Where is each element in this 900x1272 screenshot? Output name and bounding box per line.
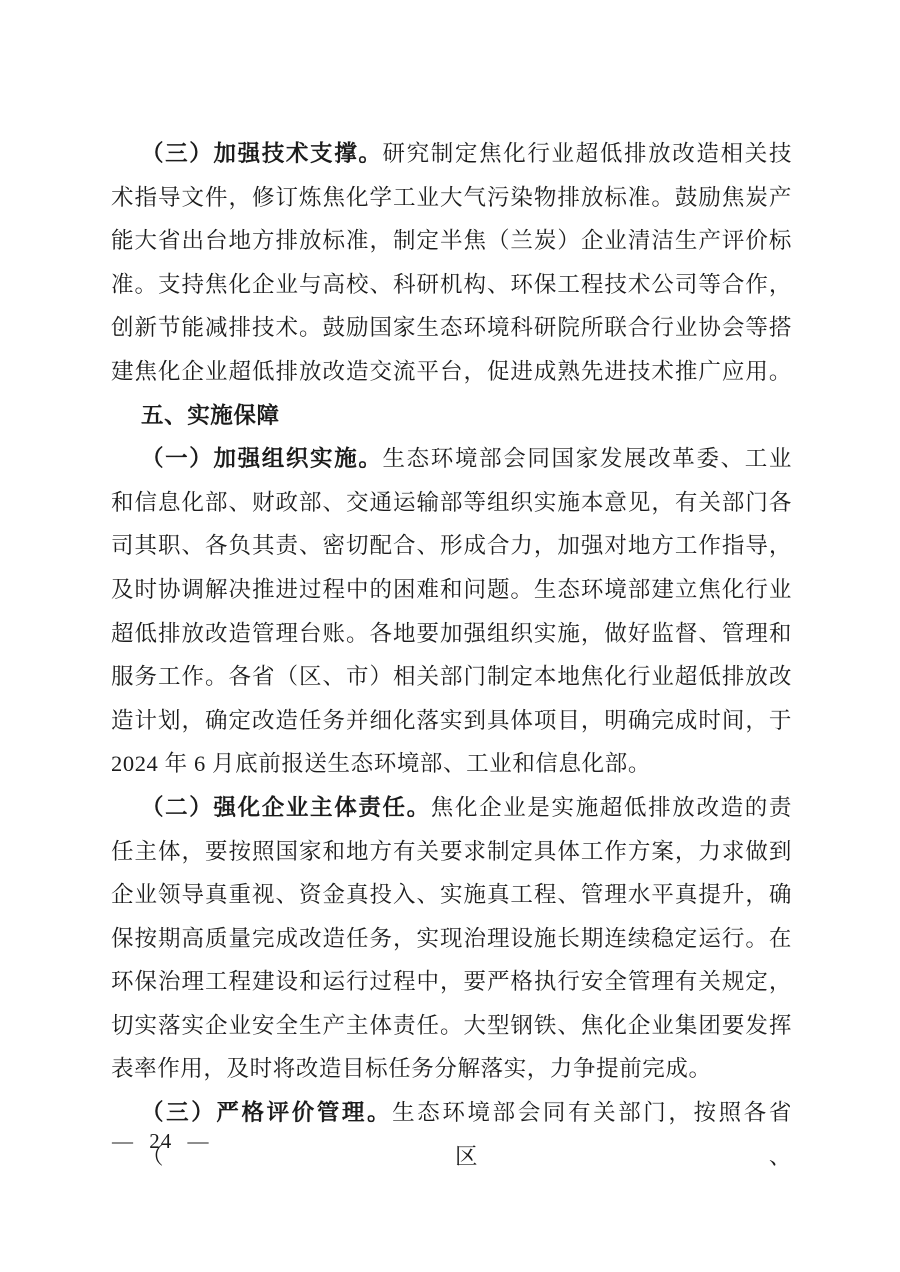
- document-line: 术指导文件，修订炼焦化学工业大气污染物排放标准。鼓励焦炭产: [111, 176, 792, 220]
- line-text: 术指导文件，修订炼焦化学工业大气污染物排放标准。鼓励焦炭产: [111, 185, 792, 210]
- document-line: （一）加强组织实施。生态环境部会同国家发展改革委、工业: [111, 437, 792, 481]
- document-line: 企业领导真重视、资金真投入、实施真工程、管理水平真提升，确: [111, 873, 792, 917]
- line-text: 超低排放改造管理台账。各地要加强组织实施，做好监督、管理和: [111, 621, 792, 646]
- document-line: 环保治理工程建设和运行过程中，要严格执行安全管理有关规定，: [111, 960, 792, 1004]
- line-text: 能大省出台地方排放标准，制定半焦（兰炭）企业清洁生产评价标: [111, 228, 792, 253]
- document-line: 准。支持焦化企业与高校、科研机构、环保工程技术公司等合作，: [111, 263, 792, 307]
- document-line: 表率作用，及时将改造目标任务分解落实，力争提前完成。: [111, 1047, 792, 1091]
- line-text: 研究制定焦化行业超低排放改造相关技: [383, 141, 793, 166]
- document-line: 切实落实企业安全生产主体责任。大型钢铁、焦化企业集团要发挥: [111, 1004, 792, 1048]
- line-text: 造计划，确定改造任务并细化落实到具体项目，明确完成时间，于: [111, 708, 792, 733]
- section-heading: 五、实施保障: [111, 394, 792, 438]
- line-text: 司其职、各负其责、密切配合、形成合力，加强对地方工作指导，: [111, 533, 792, 558]
- document-line: 保按期高质量完成改造任务，实现治理设施长期连续稳定运行。在: [111, 917, 792, 961]
- document-page: （三）加强技术支撑。研究制定焦化行业超低排放改造相关技术指导文件，修订炼焦化学工…: [0, 0, 900, 1272]
- page-number: — 24 —: [112, 1129, 210, 1153]
- line-text: 表率作用，及时将改造目标任务分解落实，力争提前完成。: [111, 1056, 712, 1081]
- emphasis-label: （一）加强组织实施。: [141, 446, 383, 471]
- document-body: （三）加强技术支撑。研究制定焦化行业超低排放改造相关技术指导文件，修订炼焦化学工…: [111, 132, 792, 1135]
- emphasis-label: （三）加强技术支撑。: [141, 141, 383, 166]
- document-line: 服务工作。各省（区、市）相关部门制定本地焦化行业超低排放改: [111, 655, 792, 699]
- document-line: 和信息化部、财政部、交通运输部等组织实施本意见，有关部门各: [111, 481, 792, 525]
- line-text: 和信息化部、财政部、交通运输部等组织实施本意见，有关部门各: [111, 490, 792, 515]
- line-text: 生态环境部会同国家发展改革委、工业: [383, 446, 793, 471]
- emphasis-label: （二）强化企业主体责任。: [141, 795, 431, 820]
- line-text: 保按期高质量完成改造任务，实现治理设施长期连续稳定运行。在: [111, 926, 792, 951]
- document-line: 超低排放改造管理台账。各地要加强组织实施，做好监督、管理和: [111, 612, 792, 656]
- line-text: 建焦化企业超低排放改造交流平台，促进成熟先进技术推广应用。: [111, 359, 792, 384]
- document-line: （三）加强技术支撑。研究制定焦化行业超低排放改造相关技: [111, 132, 792, 176]
- line-text: 服务工作。各省（区、市）相关部门制定本地焦化行业超低排放改: [111, 664, 792, 689]
- line-text: 环保治理工程建设和运行过程中，要严格执行安全管理有关规定，: [111, 969, 792, 994]
- line-text: 2024 年 6 月底前报送生态环境部、工业和信息化部。: [111, 751, 651, 776]
- document-line: 创新节能减排技术。鼓励国家生态环境科研院所联合行业协会等搭: [111, 306, 792, 350]
- line-text: 创新节能减排技术。鼓励国家生态环境科研院所联合行业协会等搭: [111, 315, 792, 340]
- document-line: 建焦化企业超低排放改造交流平台，促进成熟先进技术推广应用。: [111, 350, 792, 394]
- emphasis-label: 五、实施保障: [141, 403, 280, 428]
- document-line: 能大省出台地方排放标准，制定半焦（兰炭）企业清洁生产评价标: [111, 219, 792, 263]
- document-line: 任主体，要按照国家和地方有关要求制定具体工作方案，力求做到: [111, 830, 792, 874]
- line-text: 焦化企业是实施超低排放改造的责: [431, 795, 792, 820]
- document-line: （二）强化企业主体责任。焦化企业是实施超低排放改造的责: [111, 786, 792, 830]
- document-line: 2024 年 6 月底前报送生态环境部、工业和信息化部。: [111, 742, 792, 786]
- emphasis-label: （三）严格评价管理。: [141, 1100, 392, 1125]
- line-text: 及时协调解决推进过程中的困难和问题。生态环境部建立焦化行业: [111, 577, 792, 602]
- document-line: 造计划，确定改造任务并细化落实到具体项目，明确完成时间，于: [111, 699, 792, 743]
- line-text: 企业领导真重视、资金真投入、实施真工程、管理水平真提升，确: [111, 882, 792, 907]
- document-line: 司其职、各负其责、密切配合、形成合力，加强对地方工作指导，: [111, 524, 792, 568]
- document-line: 及时协调解决推进过程中的困难和问题。生态环境部建立焦化行业: [111, 568, 792, 612]
- line-text: 切实落实企业安全生产主体责任。大型钢铁、焦化企业集团要发挥: [111, 1013, 792, 1038]
- document-line: （三）严格评价管理。生态环境部会同有关部门，按照各省（区、: [111, 1091, 792, 1135]
- line-text: 任主体，要按照国家和地方有关要求制定具体工作方案，力求做到: [111, 839, 792, 864]
- line-text: 准。支持焦化企业与高校、科研机构、环保工程技术公司等合作，: [111, 272, 792, 297]
